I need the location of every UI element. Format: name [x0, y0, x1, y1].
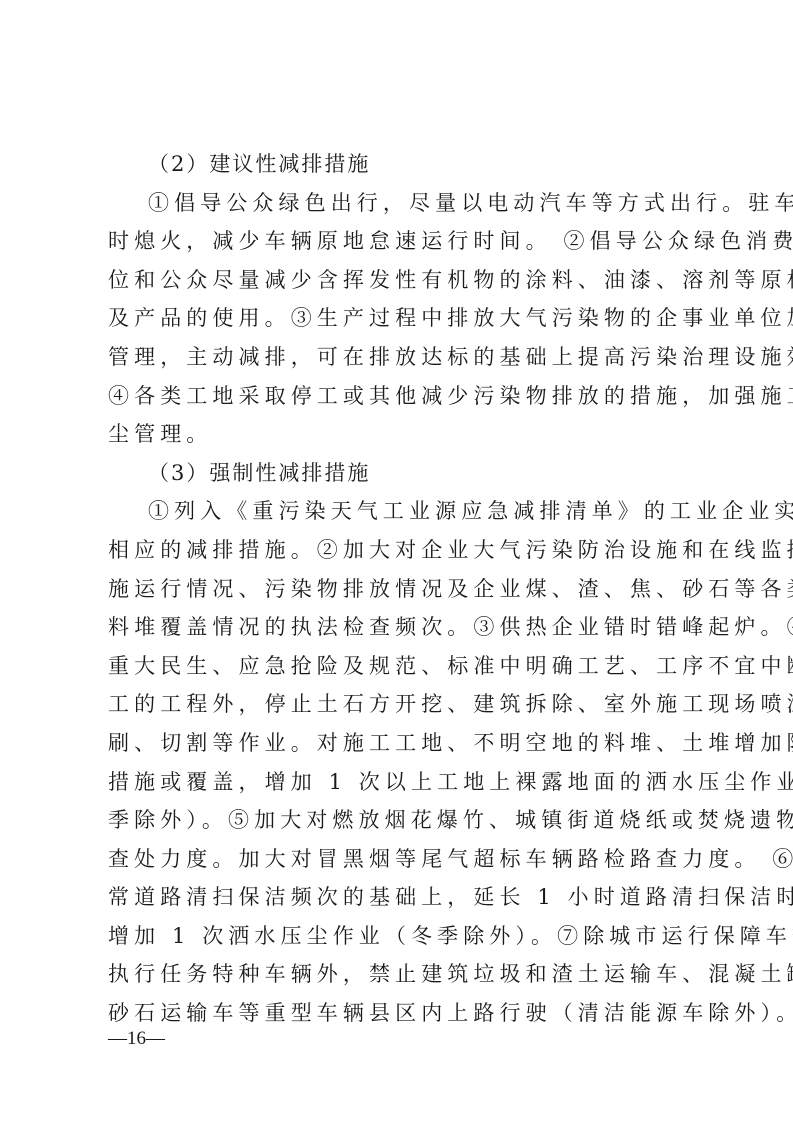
paragraph-line: 位和公众尽量减少含挥发性有机物的涂料、油漆、溶剂等原材料	[108, 261, 693, 300]
paragraph-line: 查处力度。加大对冒黑烟等尾气超标车辆路检路查力度。 ⑥在日	[108, 840, 693, 879]
paragraph-line: ①列入《重污染天气工业源应急减排清单》的工业企业实施	[108, 492, 693, 531]
paragraph-line: 执行任务特种车辆外，禁止建筑垃圾和渣土运输车、混凝土罐车、	[108, 955, 693, 994]
paragraph-line: 时熄火，减少车辆原地怠速运行时间。 ②倡导公众绿色消费，单	[108, 222, 693, 261]
paragraph-line: 尘管理。	[108, 415, 693, 454]
document-body: （2）建议性减排措施 ①倡导公众绿色出行，尽量以电动汽车等方式出行。驻车及 时熄…	[108, 145, 693, 1033]
paragraph-line: 刷、切割等作业。对施工工地、不明空地的料堆、土堆增加防尘	[108, 724, 693, 763]
paragraph-line: ④各类工地采取停工或其他减少污染物排放的措施，加强施工扬	[108, 377, 693, 416]
paragraph-line: 增加 1 次洒水压尘作业（冬季除外）。⑦除城市运行保障车辆和	[108, 917, 693, 956]
page-number: —16—	[108, 1028, 165, 1050]
paragraph-line: ①倡导公众绿色出行，尽量以电动汽车等方式出行。驻车及	[108, 184, 693, 223]
paragraph-line: 料堆覆盖情况的执法检查频次。③供热企业错时错峰起炉。④除	[108, 608, 693, 647]
paragraph-line: 管理，主动减排，可在排放达标的基础上提高污染治理设施效率。	[108, 338, 693, 377]
section-heading-3: （3）强制性减排措施	[108, 454, 693, 493]
paragraph-line: 砂石运输车等重型车辆县区内上路行驶（清洁能源车除外）。落	[108, 994, 693, 1033]
paragraph-line: 施运行情况、污染物排放情况及企业煤、渣、焦、砂石等各类物	[108, 570, 693, 609]
paragraph-line: 重大民生、应急抢险及规范、标准中明确工艺、工序不宜中断施	[108, 647, 693, 686]
paragraph-line: 季除外）。⑤加大对燃放烟花爆竹、城镇街道烧纸或焚烧遗物的	[108, 801, 693, 840]
paragraph-line: 及产品的使用。③生产过程中排放大气污染物的企事业单位加强	[108, 299, 693, 338]
section-heading-2: （2）建议性减排措施	[108, 145, 693, 184]
paragraph-line: 常道路清扫保洁频次的基础上，延长 1 小时道路清扫保洁时间，	[108, 878, 693, 917]
paragraph-line: 措施或覆盖，增加 1 次以上工地上裸露地面的洒水压尘作业（冬	[108, 763, 693, 802]
paragraph-line: 工的工程外，停止土石方开挖、建筑拆除、室外施工现场喷涂粉	[108, 685, 693, 724]
paragraph-line: 相应的减排措施。②加大对企业大气污染防治设施和在线监控设	[108, 531, 693, 570]
